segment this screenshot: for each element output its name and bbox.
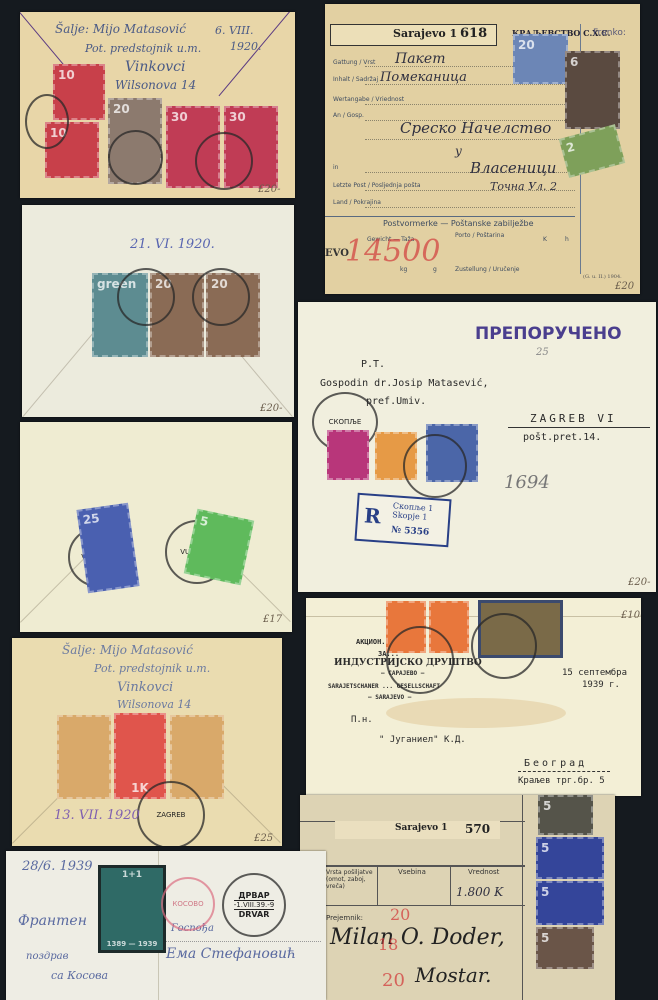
form-label: Zustellung / Uručenje bbox=[455, 266, 519, 273]
stamp-5-brown: 5 bbox=[536, 927, 594, 969]
fold-line bbox=[306, 616, 641, 617]
address-line: Краљев трг.бр. 5 bbox=[518, 776, 605, 786]
address-line: " Југаниел" К.Д. bbox=[379, 735, 466, 745]
date-note: 13. VII. 1920 bbox=[54, 808, 140, 823]
form-label: Land / Pokrajina bbox=[333, 199, 381, 206]
stain bbox=[386, 698, 566, 728]
postmark-sarajevo bbox=[386, 626, 454, 694]
cover-1920-jun: 21. VI. 1920. green 20 20 £20- bbox=[22, 205, 294, 417]
recipient-city: Mostar. bbox=[415, 963, 491, 987]
date-line: 15 септембра bbox=[562, 668, 627, 678]
sender-line: Pot. predstojnik u.m. bbox=[85, 42, 201, 55]
underline bbox=[518, 771, 610, 772]
registration-letter: R bbox=[363, 503, 381, 528]
pencil-number: 1694 bbox=[504, 472, 550, 493]
form-line bbox=[365, 139, 575, 140]
date-line: 1939 г. bbox=[582, 680, 620, 690]
registered-cover-skopje: ПРЕПОРУЧЕНО P.T. Gospodin dr.Josip Matas… bbox=[298, 302, 656, 592]
stamp-purple-king bbox=[327, 430, 369, 480]
sender-line: Pot. predstojnik u.m. bbox=[94, 662, 210, 675]
unit-label: K bbox=[543, 236, 547, 243]
cover-vinkovci-1920-jul: Šalje: Mijo Matasović Pot. predstojnik u… bbox=[12, 638, 282, 846]
postmark bbox=[117, 268, 175, 326]
handwritten-line: Точна Ул. 2 bbox=[490, 180, 557, 193]
message-line: са Косова bbox=[51, 969, 108, 982]
underline bbox=[508, 427, 650, 428]
handwritten-line: Пакет bbox=[395, 51, 445, 67]
form-rule bbox=[522, 795, 523, 1000]
stamp-1-1-tsar-lazar-kosovo: 1+1 1389 — 1939 bbox=[98, 865, 166, 953]
destination-city: ZAGREB VI bbox=[530, 412, 617, 425]
sender-line: Wilsonova 14 bbox=[117, 698, 191, 711]
stamp-value: 1+1 bbox=[119, 868, 145, 882]
postmark-fragment: EVO bbox=[325, 248, 349, 259]
form-label: An / Gosp. bbox=[333, 112, 364, 119]
sender-line: Šalje: Mijo Matasović bbox=[55, 22, 186, 36]
postmark-vinkovci bbox=[25, 94, 69, 149]
stamp-ochre-chainbreaker bbox=[57, 715, 111, 799]
stamp-25-blue: 25 bbox=[76, 503, 139, 593]
sender-line: Šalje: Mijo Matasović bbox=[62, 643, 193, 657]
column-header: Vsebina bbox=[398, 869, 426, 876]
cover-vukovar: VUKOVAR 25 VUKOVAR 5 £17 bbox=[20, 422, 292, 632]
pencil-note: 25 bbox=[536, 347, 549, 358]
parcel-value: 1.800 K bbox=[456, 885, 503, 899]
form-line bbox=[365, 104, 575, 105]
parcel-card-sarajevo-570: Sarajevo 1 570 Vrsta pošiljatve (omot, z… bbox=[300, 795, 615, 1000]
sender-line: Wilsonova 14 bbox=[115, 78, 196, 92]
red-note: 20 bbox=[382, 970, 405, 991]
address-line: P.T. bbox=[361, 359, 385, 370]
form-label: Porto / Poštarina bbox=[455, 232, 504, 239]
price-note: £20- bbox=[628, 577, 650, 588]
column-header: Vrednost bbox=[468, 869, 499, 876]
handwritten-line: у bbox=[455, 144, 462, 158]
price-note: £20 bbox=[615, 281, 634, 292]
postal-note: pošt.pret.14. bbox=[523, 432, 601, 443]
price-note: £10- bbox=[621, 610, 641, 621]
address-line: Gospodin dr.Josip Matasević, bbox=[320, 378, 489, 389]
handwritten-line: Власеници bbox=[470, 159, 556, 177]
stamp-5-blue-postage-due: 5 bbox=[536, 837, 604, 879]
message-line: Франтен bbox=[18, 913, 87, 929]
section-divider bbox=[325, 216, 575, 217]
form-label: Letzte Post / Posljednja pošta bbox=[333, 182, 421, 189]
parcel-number: 618 bbox=[460, 26, 487, 41]
form-label: Gattung / Vrst bbox=[333, 59, 375, 66]
date-line: 1920. bbox=[230, 40, 262, 53]
form-rule bbox=[377, 865, 378, 905]
commercial-cover-sarajevo-1939: АКЦИОН... ЗА... ИНДУСТРИЈСКО ДРУШТВО — С… bbox=[306, 598, 641, 796]
letterhead-line: — SARAJEVO — bbox=[368, 694, 411, 701]
postmark-zagreb: ZAGREB bbox=[137, 781, 205, 846]
recipient-name: Milan O. Doder, bbox=[330, 925, 505, 950]
registration-number: № 5356 bbox=[391, 525, 430, 538]
office-name: Sarajevo 1 bbox=[393, 27, 457, 40]
price-note: £17 bbox=[263, 614, 282, 625]
postmark-skopje bbox=[403, 434, 467, 498]
date-line: 6. VIII. bbox=[215, 24, 253, 37]
form-line bbox=[365, 207, 575, 208]
address-line: П.н. bbox=[351, 715, 373, 725]
stamp-6-brown-portrait: 6 bbox=[565, 51, 620, 129]
column-header: Vrsta pošiljatve (omot, zaboj, vreča) bbox=[326, 869, 376, 890]
address-line: Ема Стефановић bbox=[166, 946, 296, 962]
registration-label: R Скопље 1 Skopje 1 № 5356 bbox=[354, 493, 451, 547]
section-title: Postvormerke — Poštanske zabilježbe bbox=[383, 219, 534, 228]
registered-heading: ПРЕПОРУЧЕНО bbox=[475, 324, 622, 344]
parcel-number: 570 bbox=[465, 822, 490, 836]
sender-line: Vinkovci bbox=[117, 680, 173, 695]
price-note: £20- bbox=[258, 184, 280, 195]
recipient-label: Prejemnik: bbox=[326, 915, 363, 922]
stamp-2-green: 2 bbox=[559, 124, 625, 178]
red-pencil-note: 14500 bbox=[345, 234, 440, 269]
price-note: £25 bbox=[254, 833, 273, 844]
price-note: £20- bbox=[260, 403, 282, 414]
sender-line: Vinkovci bbox=[125, 59, 186, 75]
form-label: Inhalt / Sadržaj bbox=[333, 76, 378, 83]
franko-label: Franko: bbox=[593, 28, 626, 38]
postmark-drvar: ДРВАР -1.VIII.39.-9 DRVAR bbox=[222, 873, 286, 937]
address-city: Београд bbox=[524, 758, 587, 769]
stamp-5-olive: 5 bbox=[538, 795, 593, 835]
office-name: Sarajevo 1 bbox=[395, 823, 448, 833]
address-line: pref.Umiv. bbox=[366, 396, 426, 407]
postmark-vinkovci bbox=[108, 130, 163, 185]
registration-office: Skopje 1 bbox=[392, 510, 428, 521]
postcard-drvar-1939: 28/6. 1939 Франтен поздрав са Косова Гос… bbox=[6, 851, 326, 1000]
form-rule bbox=[300, 865, 525, 867]
date-note: 21. VI. 1920. bbox=[130, 237, 215, 252]
handwritten-line: Помеканица bbox=[380, 70, 467, 85]
form-label: Wertangabe / Vriednost bbox=[333, 96, 404, 103]
form-footnote: (G. u. II.) 1904. bbox=[583, 274, 622, 280]
postmark bbox=[192, 268, 250, 326]
parcel-card-sarajevo-618: Sarajevo 1 618 КРАЉЕВСТВО С.Х.С. Franko:… bbox=[325, 4, 640, 294]
red-note: 18 bbox=[378, 935, 398, 954]
postmark-vinkovci bbox=[195, 132, 253, 190]
message-line: поздрав bbox=[26, 951, 68, 962]
address-line-rule bbox=[166, 941, 321, 942]
stamp-years: 1389 — 1939 bbox=[104, 938, 161, 950]
stamp-20-blue: 20 bbox=[513, 34, 568, 84]
date-note: 28/6. 1939 bbox=[22, 859, 93, 874]
stamp-5-blue-postage-due: 5 bbox=[536, 881, 604, 925]
cover-vinkovci-1920-aug: Šalje: Mijo Matasović Pot. predstojnik u… bbox=[20, 12, 295, 198]
postmark-sarajevo bbox=[471, 613, 537, 679]
postmark-kosovo-red: КОСОВО bbox=[161, 877, 215, 931]
form-label: in bbox=[333, 164, 338, 171]
form-rule bbox=[450, 865, 451, 905]
envelope-flap-line bbox=[22, 325, 100, 417]
unit-label: h bbox=[565, 236, 569, 243]
form-rule bbox=[300, 905, 525, 906]
red-note: 20 bbox=[390, 905, 410, 924]
handwritten-line: Среско Начелство bbox=[400, 119, 551, 137]
